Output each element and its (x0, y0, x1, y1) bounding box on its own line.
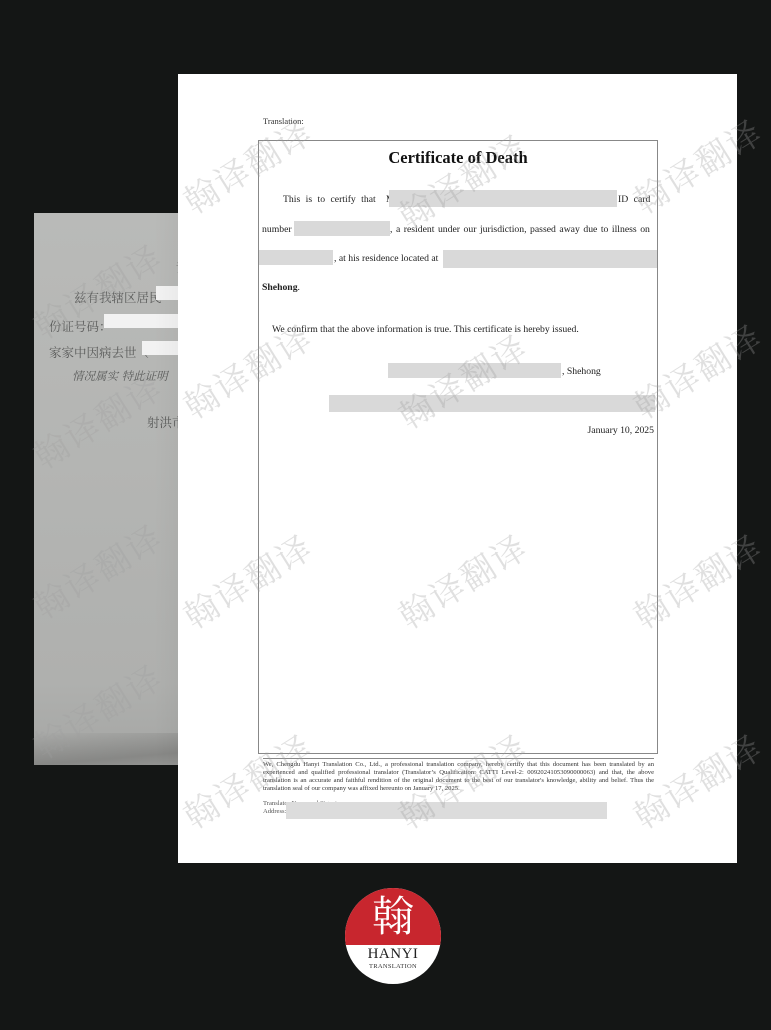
logo-subtitle: TRANSLATION (345, 963, 441, 970)
translation-label: Translation: (263, 116, 304, 126)
logo-brand-name: HANYI (345, 946, 441, 962)
redacted-seal-line (329, 395, 655, 412)
body-line-2-prefix: number (262, 224, 292, 235)
redacted-id-number (294, 221, 390, 236)
body-line-2-suffix: , a resident under our jurisdiction, pas… (390, 224, 650, 235)
body-line-4: Shehong. (262, 282, 300, 293)
translation-page: Translation: Certificate of Death This i… (178, 74, 737, 863)
certificate-title: Certificate of Death (259, 148, 657, 168)
redacted-name (389, 190, 617, 207)
body-line-1-suffix: ID card (618, 194, 650, 205)
redacted-address (443, 250, 657, 268)
address-label: Address: (263, 808, 286, 815)
translation-certification: We, Chengdu Hanyi Translation Co., Ltd.,… (263, 758, 654, 793)
original-document-photo: 证 兹有我辖区居民 份证号码： 家家中因病去世（ 情况属实 特此证明 射洪市 (34, 213, 184, 765)
body-line-3-middle: , at his residence located at (334, 253, 438, 264)
redacted-footer-info (286, 802, 607, 819)
issue-date: January 10, 2025 (588, 425, 654, 436)
hanyi-character-icon: 翰 (345, 892, 441, 942)
original-line-3: 家家中因病去世（ (49, 343, 149, 361)
signature-suffix: , Shehong (562, 366, 601, 377)
confirmation-statement: We confirm that the above information is… (272, 324, 579, 335)
redacted-issuer (388, 363, 561, 378)
body-line-1-prefix: This is to certify that (283, 194, 376, 205)
redacted-date (259, 250, 333, 265)
certificate-frame: Certificate of Death This is to certify … (258, 140, 658, 754)
original-line-1: 兹有我辖区居民 (74, 288, 162, 306)
hanyi-translation-logo: 翰 HANYI TRANSLATION (345, 888, 441, 984)
original-line-2: 份证号码： (49, 317, 112, 335)
